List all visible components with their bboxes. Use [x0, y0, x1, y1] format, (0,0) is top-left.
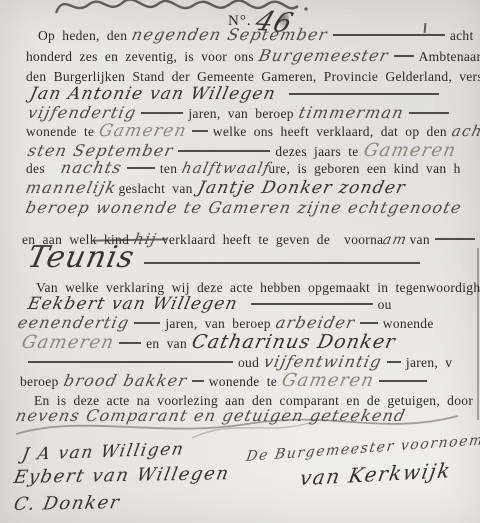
line-declarant-name: Jan Antonie van Willegen — [30, 86, 444, 103]
printed-text: beroep — [20, 374, 59, 389]
signature-declarant: J A van Willigen — [22, 441, 190, 464]
line-witness2-name: Gamerenen vanCatharinus Donker — [22, 333, 401, 352]
blank-line-dash — [192, 130, 208, 132]
signature-burgemeester: van Kerkwijk — [300, 460, 457, 489]
handwritten-text: Catharinus Donker — [190, 333, 398, 352]
handwritten-text: beroep wonende te Gameren zijne echtgeno… — [24, 200, 463, 216]
handwritten-text: J A van Willigen — [21, 441, 186, 464]
handwritten-text: Teunis — [25, 243, 138, 273]
handwritten-text: Gameren — [280, 372, 376, 390]
printed-text: en van — [146, 336, 187, 351]
printed-text: Ambtenaar v — [419, 49, 480, 64]
handwritten-text: Eybert van Willegen — [12, 465, 231, 487]
handwritten-text: eenendertig — [16, 315, 131, 331]
printed-text: wonende te — [26, 124, 94, 139]
blank-line-dash — [178, 150, 270, 152]
line-year: honderd zes en zeventig, is voor onsBurg… — [26, 48, 480, 65]
signature-witness1: Eybert van Willegen — [14, 465, 235, 487]
printed-text: acht — [450, 28, 474, 43]
handwritten-text: mannelijk — [24, 180, 118, 196]
handwritten-text: van Kerkwijk — [298, 460, 452, 488]
printed-text: Op heden, den — [38, 28, 127, 43]
handwritten-text: Burgemeester — [257, 48, 390, 64]
printed-text: geslacht van — [118, 181, 192, 196]
printed-text: oud — [238, 355, 259, 370]
handwritten-text: brood bakker — [62, 373, 189, 389]
blank-line-dash — [379, 380, 427, 382]
handwritten-text: nachts — [59, 160, 123, 176]
blank-line-dash — [144, 262, 420, 264]
handwritten-text: halftwaalf — [181, 161, 272, 176]
printed-text: des — [26, 161, 45, 176]
printed-text: welke ons heeft verklaard, dat op den — [213, 124, 447, 139]
blank-line-dash — [251, 303, 373, 305]
scanned-birth-record-page: N°. 46 Op heden, dennegenden Septemberac… — [0, 0, 480, 523]
line-signing-statement: nevens Comparant en getuigen geteekend — [16, 408, 411, 425]
line-mother: beroep wonende te Gameren zijne echtgeno… — [26, 200, 467, 217]
blank-line-dash — [192, 380, 204, 382]
handwritten-text: Gameren — [362, 142, 458, 160]
printed-text: honderd zes en zeventig, is voor ons — [26, 49, 254, 64]
cut-off-handwriting-strokes — [52, 0, 352, 15]
printed-text: jaren, van beroep — [165, 316, 270, 331]
blank-line-dash — [387, 361, 401, 363]
line-declarant-age: vijfendertigjaren, van beroeptimmerman — [28, 105, 454, 122]
blank-line-dash — [127, 167, 155, 169]
blank-line-dash — [360, 322, 378, 324]
printed-text: ten — [160, 161, 177, 176]
printed-text: ou — [378, 297, 392, 312]
handwritten-text: Gameren — [20, 334, 116, 352]
blank-line-dash — [333, 34, 445, 36]
line-witness1-age: eenendertigjaren, van beroeparbeiderwone… — [18, 315, 439, 332]
line-child-sex: mannelijkgeslacht vanJantje Donker zonde… — [26, 180, 410, 197]
handwritten-text: Gameren — [98, 123, 189, 140]
line-residence: wonende teGamerenwelke ons heeft verklaa… — [26, 123, 480, 140]
handwritten-text: arbeider — [274, 315, 356, 331]
blank-line-dash — [119, 342, 141, 344]
handwritten-text: Eekbert van Willegen — [26, 296, 239, 313]
line-child-name: Teunis — [28, 243, 425, 273]
printed-text: Van welke verklaring wij deze acte hebbe… — [36, 280, 480, 295]
handwritten-text: Jantje Donker zonder — [196, 180, 407, 197]
line-witness2-age: oudvijfentwintigjaren, v — [28, 354, 457, 371]
blank-line-dash — [28, 361, 233, 363]
line-witness1-name: Eekbert van Willegenou — [28, 296, 397, 313]
line-municipality: den Burgerlijken Stand der Gemeente Game… — [26, 69, 480, 85]
printed-text: jaren, van beroep — [188, 106, 293, 121]
blank-line-dash — [289, 93, 439, 95]
blank-line-dash — [394, 55, 414, 57]
handwritten-text: sten September — [26, 143, 175, 159]
printed-text: jaren, v — [406, 355, 452, 370]
handwritten-text: Jan Antonie van Willegen — [28, 86, 277, 103]
printed-text: wonende te — [209, 374, 277, 389]
printed-text: wonende — [383, 316, 434, 331]
line-witness2-occupation: beroepbrood bakkerwonende teGameren — [20, 372, 432, 390]
signature-witness2: C. Donker — [14, 494, 125, 514]
handwritten-text: negenden September — [131, 27, 330, 43]
printed-text: ure, is geboren een kind van h — [268, 161, 460, 176]
printed-text: dezes jaars te — [275, 144, 358, 159]
handwritten-text: nevens Comparant en getuigen geteekend — [14, 408, 407, 424]
handwritten-text: ach — [450, 124, 480, 139]
printed-text: den Burgerlijken Stand der Gemeente Game… — [26, 69, 480, 84]
handwritten-text: vijfendertig — [26, 105, 138, 121]
blank-line-dash — [141, 112, 183, 114]
handwritten-text: vijfentwintig — [262, 354, 383, 370]
blank-line-dash — [435, 238, 475, 240]
handwritten-text: C. Donker — [12, 494, 121, 514]
blank-line-dash — [134, 322, 160, 324]
line-date: Op heden, dennegenden Septemberacht — [38, 27, 479, 44]
handwritten-text: timmerman — [297, 105, 405, 121]
line-birthtime: desnachtstenhalftwaalfure, is geboren ee… — [26, 160, 466, 177]
blank-line-dash — [409, 112, 449, 114]
